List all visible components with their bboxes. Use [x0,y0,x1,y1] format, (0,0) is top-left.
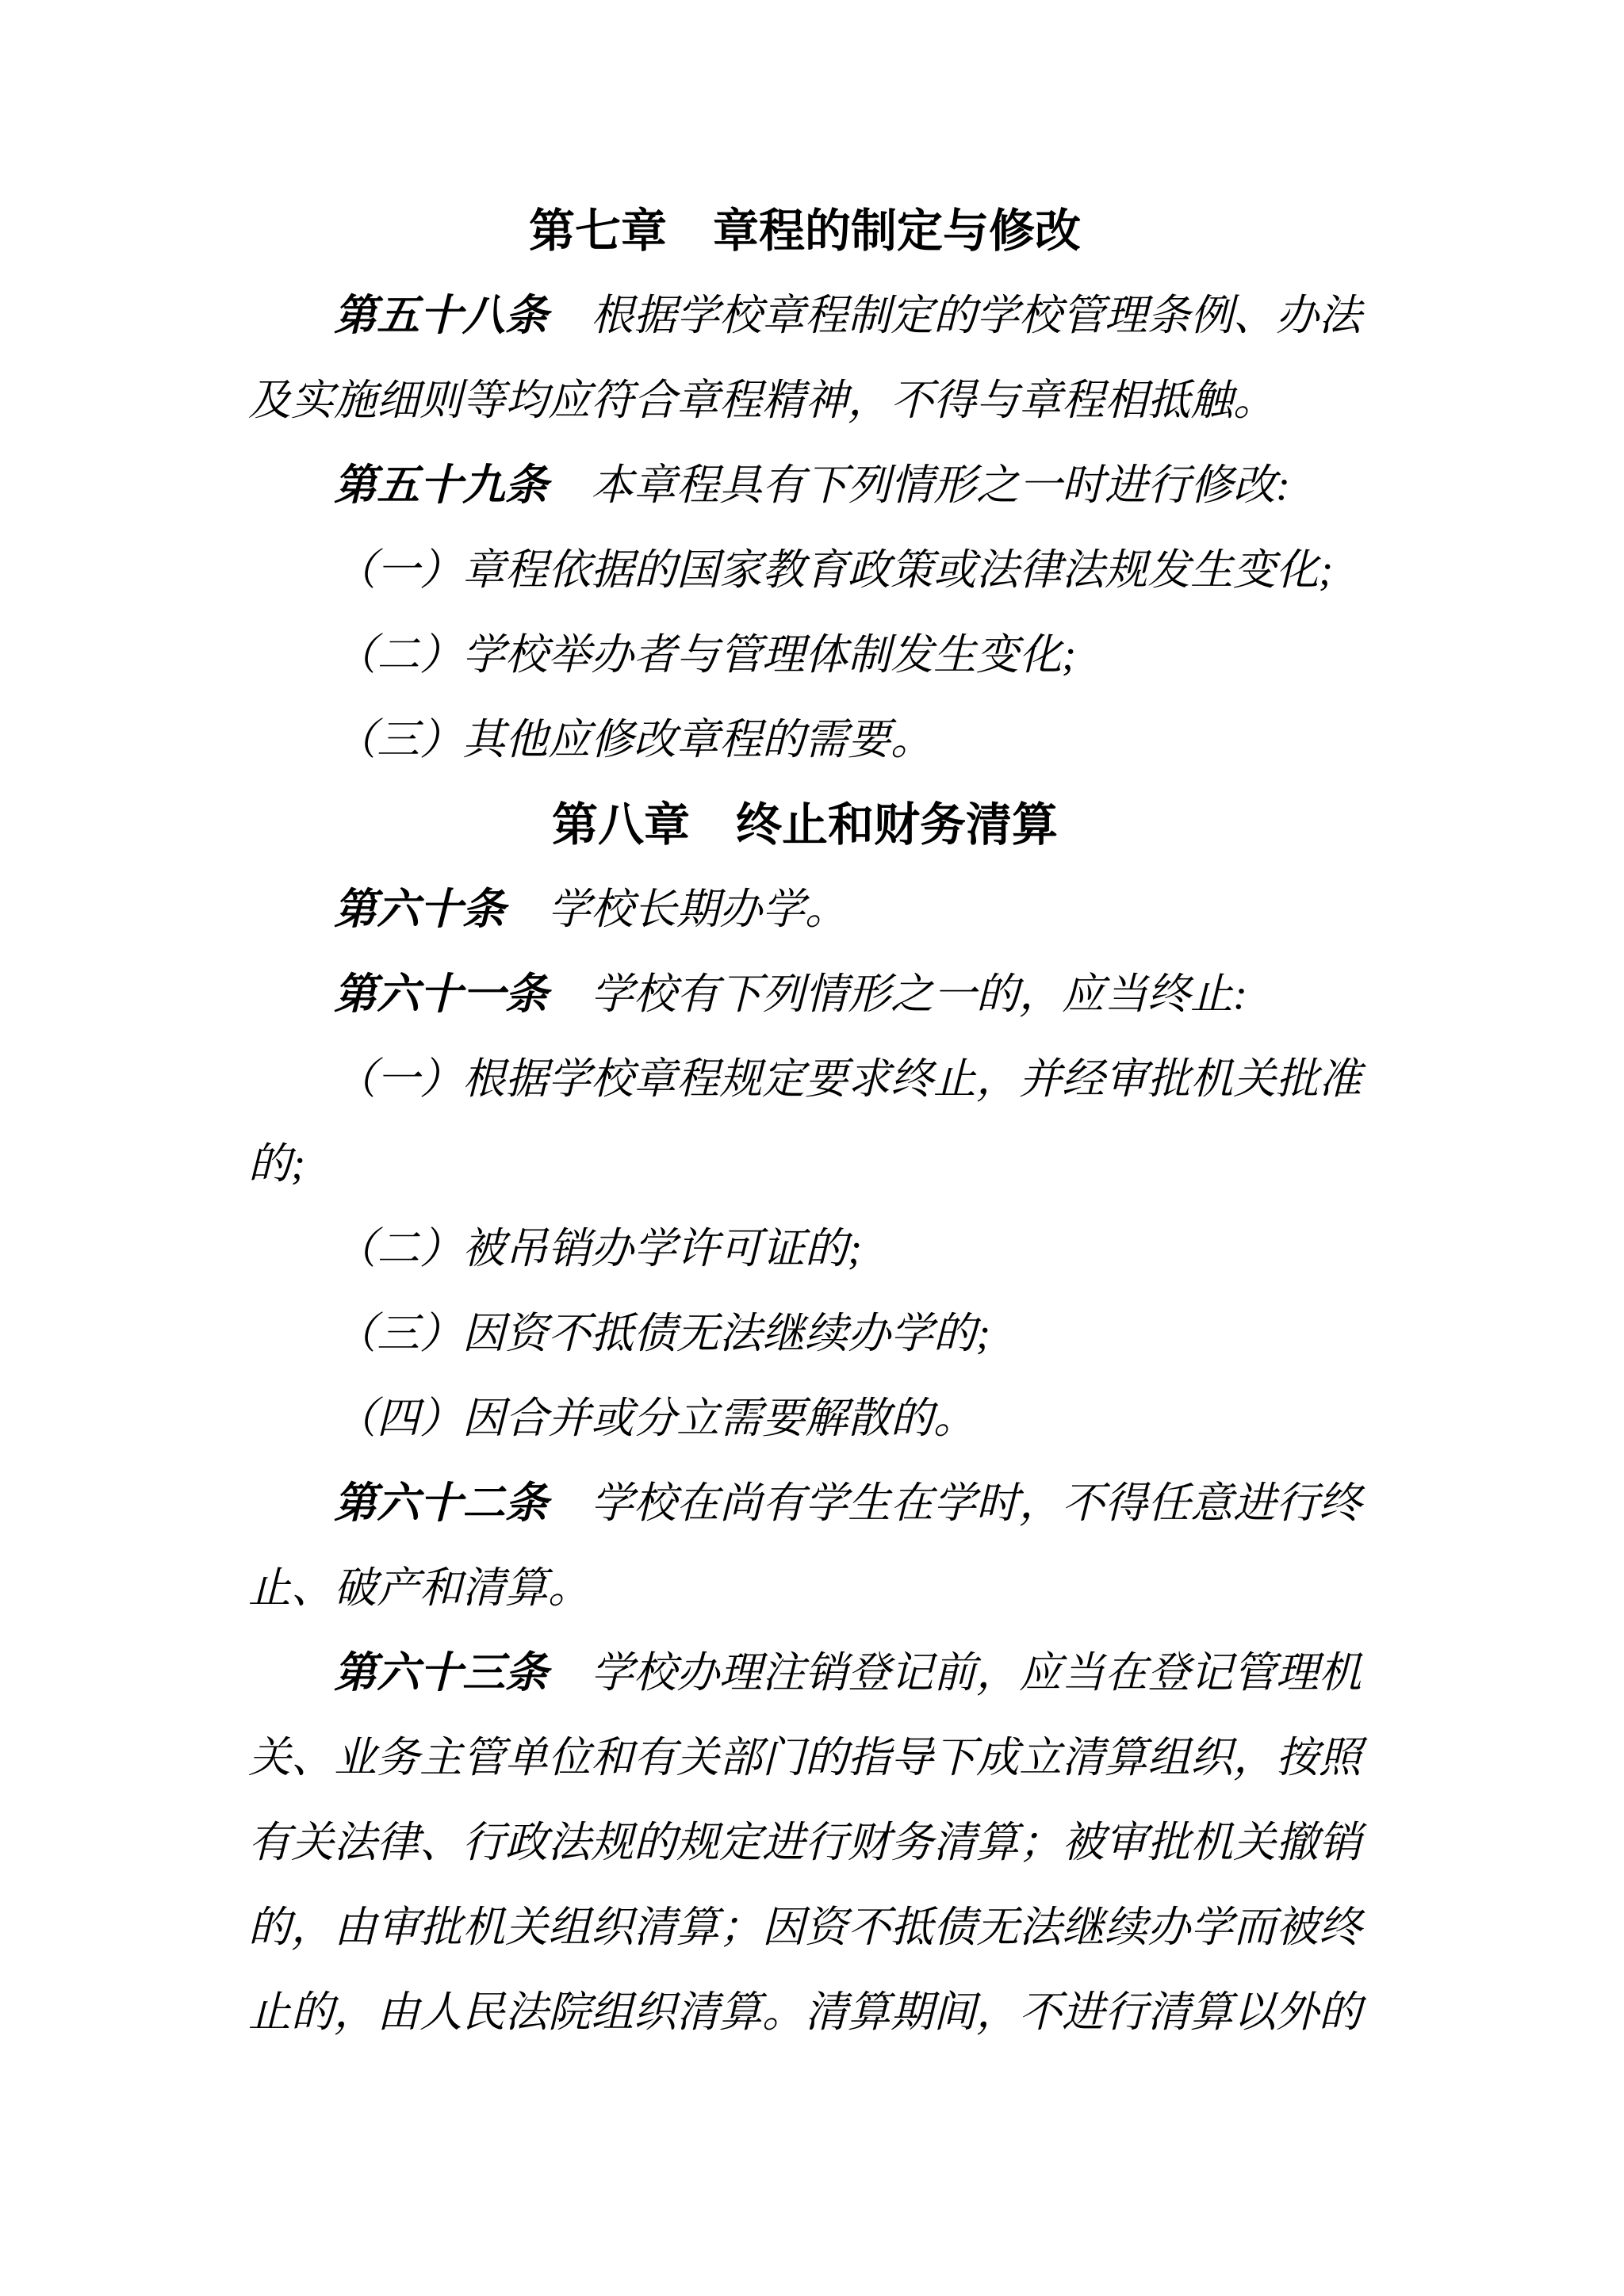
text-line: （三）因资不抵债无法继续办学的; [248,1291,1362,1376]
text-line: 关、业务主管单位和有关部门的指导下成立清算组织，按照 [248,1716,1362,1800]
text-segment: 止的，由人民法院组织清算。清算期间，不进行清算以外的 [248,1988,1362,2036]
text-segment: 及实施细则等均应符合章程精神，不得与章程相抵触。 [248,377,1276,424]
chapter-heading: 第七章 章程的制定与修改 [248,189,1362,274]
text-segment: 的; [248,1140,305,1188]
article-number: 第六十二条 [334,1479,548,1527]
text-line: 第五十八条 根据学校章程制定的学校管理条例、办法 [248,274,1362,358]
text-segment: 根据学校章程制定的学校管理条例、办法 [548,292,1362,339]
article-number: 第五十九条 [334,461,548,509]
text-line: 止的，由人民法院组织清算。清算期间，不进行清算以外的 [248,1970,1362,2055]
article-number: 第六十条 [334,886,505,933]
article-number: 第五十八条 [334,292,548,339]
text-line: 有关法律、行政法规的规定进行财务清算；被审批机关撤销 [248,1800,1362,1885]
text-line: 的，由审批机关组织清算；因资不抵债无法继续办学而被终 [248,1885,1362,1970]
text-line: 的; [248,1122,1362,1207]
text-line: 第六十条 学校长期办学。 [248,867,1362,952]
text-line: 第五十九条 本章程具有下列情形之一时进行修改: [248,443,1362,528]
text-line: 第六十一条 学校有下列情形之一的，应当终止: [248,952,1362,1037]
text-segment: 学校长期办学。 [505,886,848,933]
text-segment: （二）学校举办者与管理体制发生变化; [334,631,1076,679]
text-segment: （二）被吊销办学许可证的; [334,1225,862,1272]
article-number: 第六十一条 [334,970,548,1018]
text-segment: （一）根据学校章程规定要求终止，并经审批机关批准 [334,1055,1362,1103]
text-segment: 有关法律、行政法规的规定进行财务清算；被审批机关撤销 [248,1819,1362,1866]
text-segment: 学校在尚有学生在学时，不得任意进行终 [548,1479,1362,1527]
text-segment: （三）其他应修改章程的需要。 [334,716,933,763]
text-segment: 本章程具有下列情形之一时进行修改: [548,461,1290,509]
text-segment: 的，由审批机关组织清算；因资不抵债无法继续办学而被终 [248,1904,1362,1951]
chapter-heading: 第八章 终止和财务清算 [248,783,1362,867]
text-line: （三）其他应修改章程的需要。 [248,698,1362,783]
text-segment: （四）因合并或分立需要解散的。 [334,1395,976,1442]
text-segment: 关、业务主管单位和有关部门的指导下成立清算组织，按照 [248,1734,1362,1781]
text-segment: 第七章 章程的制定与修改 [529,205,1081,257]
article-number: 第六十三条 [334,1649,548,1697]
text-segment: 学校有下列情形之一的，应当终止: [548,970,1247,1018]
text-segment: 学校办理注销登记前，应当在登记管理机 [548,1649,1362,1697]
text-line: 第六十三条 学校办理注销登记前，应当在登记管理机 [248,1631,1362,1716]
text-line: （一）章程依据的国家教育政策或法律法规发生变化; [248,528,1362,613]
text-segment: 止、破产和清算。 [248,1564,591,1612]
text-line: 第六十二条 学校在尚有学生在学时，不得任意进行终 [248,1461,1362,1546]
document-text: 第七章 章程的制定与修改第五十八条 根据学校章程制定的学校管理条例、办法及实施细… [248,189,1362,2055]
text-segment: 第八章 终止和财务清算 [552,799,1058,851]
text-line: 及实施细则等均应符合章程精神，不得与章程相抵触。 [248,358,1362,443]
text-line: （二）被吊销办学许可证的; [248,1207,1362,1291]
document-page: 第七章 章程的制定与修改第五十八条 根据学校章程制定的学校管理条例、办法及实施细… [0,0,1624,2296]
text-line: （四）因合并或分立需要解散的。 [248,1376,1362,1461]
text-line: 止、破产和清算。 [248,1546,1362,1631]
text-segment: （三）因资不抵债无法继续办学的; [334,1310,990,1357]
text-line: （一）根据学校章程规定要求终止，并经审批机关批准 [248,1037,1362,1122]
text-line: （二）学校举办者与管理体制发生变化; [248,613,1362,698]
text-segment: （一）章程依据的国家教育政策或法律法规发生变化; [334,546,1333,594]
